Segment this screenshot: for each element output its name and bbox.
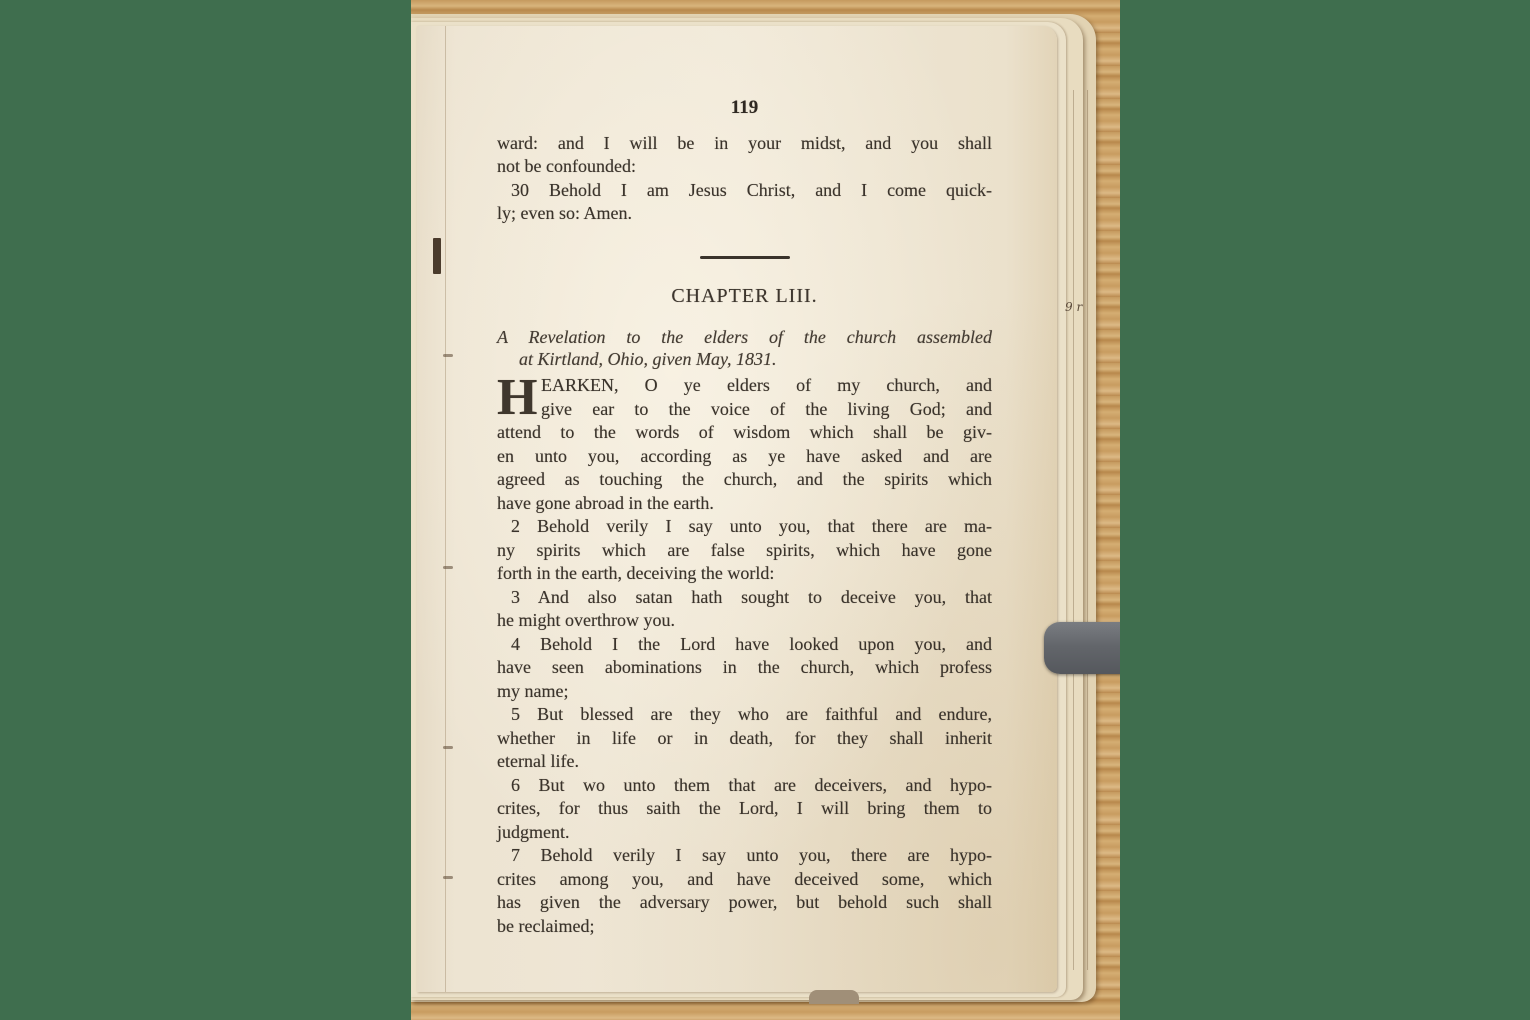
binding-stitch: [443, 876, 453, 879]
text-line: eternal life.: [497, 750, 992, 774]
text-line: have gone abroad in the earth.: [497, 492, 992, 516]
text-line: judgment.: [497, 821, 992, 845]
text-line: give ear to the voice of the living God;…: [497, 398, 992, 422]
section-divider: [700, 256, 790, 259]
verse-6: 6 But wo unto them that are deceivers, a…: [497, 774, 992, 845]
text-line: have seen abominations in the church, wh…: [497, 656, 992, 680]
verse-2: 2 Behold verily I say unto you, that the…: [497, 515, 992, 586]
verse-line: 5 But blessed are they who are faithful …: [497, 703, 992, 727]
text-line: ny spirits which are false spirits, whic…: [497, 539, 992, 563]
book-photo: 119 ward: and I will be in your midst, a…: [411, 0, 1120, 1020]
heading-line: at Kirtland, Ohio, given May, 1831.: [497, 348, 992, 370]
binding-tab-mark: [433, 238, 441, 274]
verse-4: 4 Behold I the Lord have looked upon you…: [497, 633, 992, 704]
verse-line: 7 Behold verily I say unto you, there ar…: [497, 844, 992, 868]
verse-5: 5 But blessed are they who are faithful …: [497, 703, 992, 774]
text-line: not be confounded:: [497, 155, 992, 179]
binding-stitch: [443, 746, 453, 749]
verse-3: 3 And also satan hath sought to deceive …: [497, 586, 992, 633]
verse-1: H EARKEN, O ye elders of my church, and …: [497, 374, 992, 515]
bookmark-ribbon: [1044, 622, 1120, 674]
verse-line: 30 Behold I am Jesus Christ, and I come …: [497, 179, 992, 203]
image-stage: 119 ward: and I will be in your midst, a…: [0, 0, 1530, 1020]
drop-cap: H: [497, 376, 537, 420]
text-line: EARKEN, O ye elders of my church, and: [497, 374, 992, 398]
fore-edge-handwritten-note: 9 r: [1065, 300, 1082, 314]
text-line: be reclaimed;: [497, 915, 992, 939]
text-line: my name;: [497, 680, 992, 704]
text-line: agreed as touching the church, and the s…: [497, 468, 992, 492]
gutter-fold: [445, 26, 446, 992]
fore-edge-line: [1073, 90, 1074, 970]
text-line: ly; even so: Amen.: [497, 202, 992, 226]
text-line: crites, for thus saith the Lord, I will …: [497, 797, 992, 821]
continuation-passage: ward: and I will be in your midst, and y…: [497, 132, 992, 226]
verse-7: 7 Behold verily I say unto you, there ar…: [497, 844, 992, 938]
page-text: 119 ward: and I will be in your midst, a…: [497, 96, 992, 938]
text-line: ward: and I will be in your midst, and y…: [497, 132, 992, 156]
text-line: crites among you, and have deceived some…: [497, 868, 992, 892]
chapter-title: CHAPTER LIII.: [497, 285, 992, 309]
text-line: he might overthrow you.: [497, 609, 992, 633]
text-line: forth in the earth, deceiving the world:: [497, 562, 992, 586]
verse-line: 6 But wo unto them that are deceivers, a…: [497, 774, 992, 798]
chapter-heading: A Revelation to the elders of the church…: [497, 326, 992, 370]
text-line: attend to the words of wisdom which shal…: [497, 421, 992, 445]
verse-line: 4 Behold I the Lord have looked upon you…: [497, 633, 992, 657]
book-page: 119 ward: and I will be in your midst, a…: [417, 26, 1057, 992]
binding-stitch: [443, 566, 453, 569]
heading-line: A Revelation to the elders of the church…: [497, 326, 992, 348]
verse-line: 2 Behold verily I say unto you, that the…: [497, 515, 992, 539]
bottom-page-tab: [809, 990, 859, 1004]
page-number: 119: [497, 96, 992, 120]
binding-stitch: [443, 354, 453, 357]
text-line: has given the adversary power, but behol…: [497, 891, 992, 915]
text-line: en unto you, according as ye have asked …: [497, 445, 992, 469]
fore-edge-line: [1087, 90, 1088, 970]
text-line: whether in life or in death, for they sh…: [497, 727, 992, 751]
verse-line: 3 And also satan hath sought to deceive …: [497, 586, 992, 610]
